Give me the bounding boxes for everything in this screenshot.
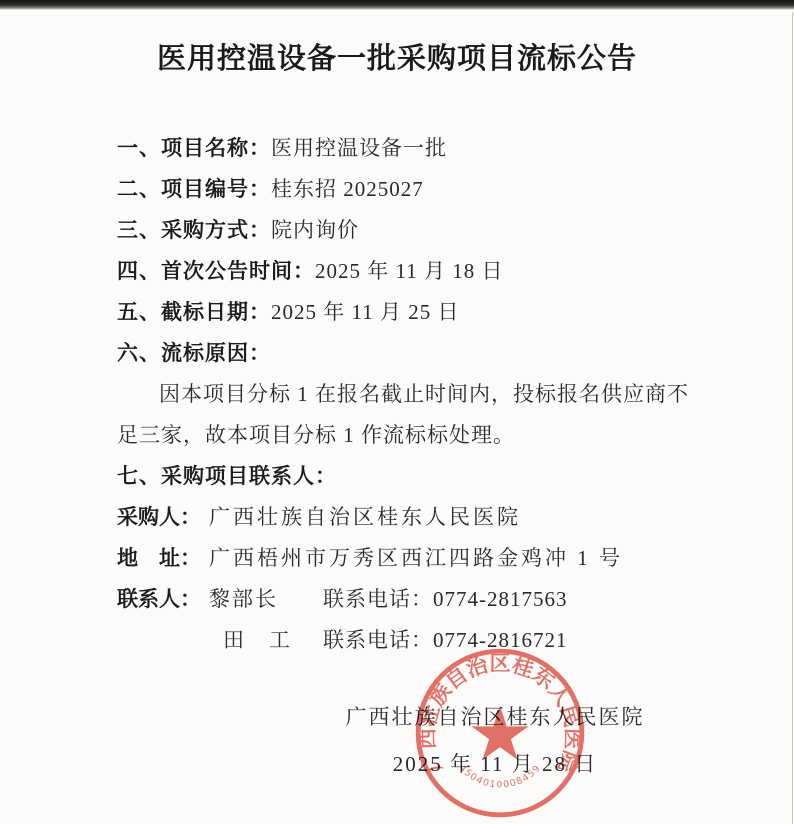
document-body: 一、项目名称：医用控温设备一批 二、项目编号：桂东招 2025027 三、采购方… <box>117 128 691 661</box>
failure-reason-paragraph: 因本项目分标 1 在报名截止时间内，投标报名供应商不足三家，故本项目分标 1 作… <box>117 374 691 456</box>
official-seal: 广西壮族自治区桂东人民医院 4504010008459 <box>412 645 588 821</box>
item-bid-deadline-value: 2025 年 11 月 25 日 <box>271 300 459 324</box>
scan-artifact-top <box>0 0 794 10</box>
contact-person-2-name: 田 工 <box>223 620 323 661</box>
contact-person-2: 田 工联系电话：0774-2816721 <box>117 620 691 661</box>
item-bid-deadline: 五、截标日期：2025 年 11 月 25 日 <box>117 292 691 333</box>
item-failure-reason-heading: 六、流标原因： <box>117 333 691 374</box>
contact-person-1-label: 联系人： <box>117 579 209 620</box>
item-procurement-method-value: 院内询价 <box>271 218 359 242</box>
seal-number: 4504010008459 <box>457 763 544 791</box>
contact-purchaser-label: 采购人： <box>117 497 209 538</box>
item-project-name-value: 医用控温设备一批 <box>271 136 447 160</box>
document-page: 医用控温设备一批采购项目流标公告 一、项目名称：医用控温设备一批 二、项目编号：… <box>0 0 794 824</box>
item-first-announcement-date-value: 2025 年 11 月 18 日 <box>315 259 503 283</box>
item-first-announcement-date: 四、首次公告时间：2025 年 11 月 18 日 <box>117 251 691 292</box>
item-procurement-method-label: 三、采购方式： <box>117 219 271 242</box>
contact-address-value: 广西梧州市万秀区西江四路金鸡冲 1 号 <box>209 546 623 570</box>
item-project-name: 一、项目名称：医用控温设备一批 <box>117 128 691 169</box>
item-project-number: 二、项目编号：桂东招 2025027 <box>117 169 691 210</box>
item-first-announcement-date-label: 四、首次公告时间： <box>117 260 315 283</box>
contact-person-1: 联系人：黎部长联系电话：0774-2817563 <box>117 579 691 620</box>
contact-address-label: 地 址： <box>117 538 209 579</box>
contact-purchaser: 采购人：广西壮族自治区桂东人民医院 <box>117 497 691 538</box>
contact-person-1-phone-label: 联系电话： <box>323 587 433 611</box>
item-project-number-value: 桂东招 2025027 <box>271 177 424 201</box>
seal-star-icon <box>472 706 529 760</box>
item-project-number-label: 二、项目编号： <box>117 178 271 201</box>
item-bid-deadline-label: 五、截标日期： <box>117 301 271 324</box>
item-procurement-method: 三、采购方式：院内询价 <box>117 210 691 251</box>
contact-person-1-name: 黎部长 <box>209 579 323 620</box>
contact-purchaser-value: 广西壮族自治区桂东人民医院 <box>209 505 521 529</box>
contacts-heading-label: 七、采购项目联系人： <box>117 465 337 488</box>
contact-address: 地 址：广西梧州市万秀区西江四路金鸡冲 1 号 <box>117 538 691 579</box>
page-title: 医用控温设备一批采购项目流标公告 <box>0 36 794 77</box>
item-project-name-label: 一、项目名称： <box>117 137 271 160</box>
contact-person-1-phone: 0774-2817563 <box>433 587 568 611</box>
item-failure-reason-label: 六、流标原因： <box>117 342 271 365</box>
scan-artifact-right <box>792 12 793 824</box>
contacts-heading: 七、采购项目联系人： <box>117 456 691 497</box>
